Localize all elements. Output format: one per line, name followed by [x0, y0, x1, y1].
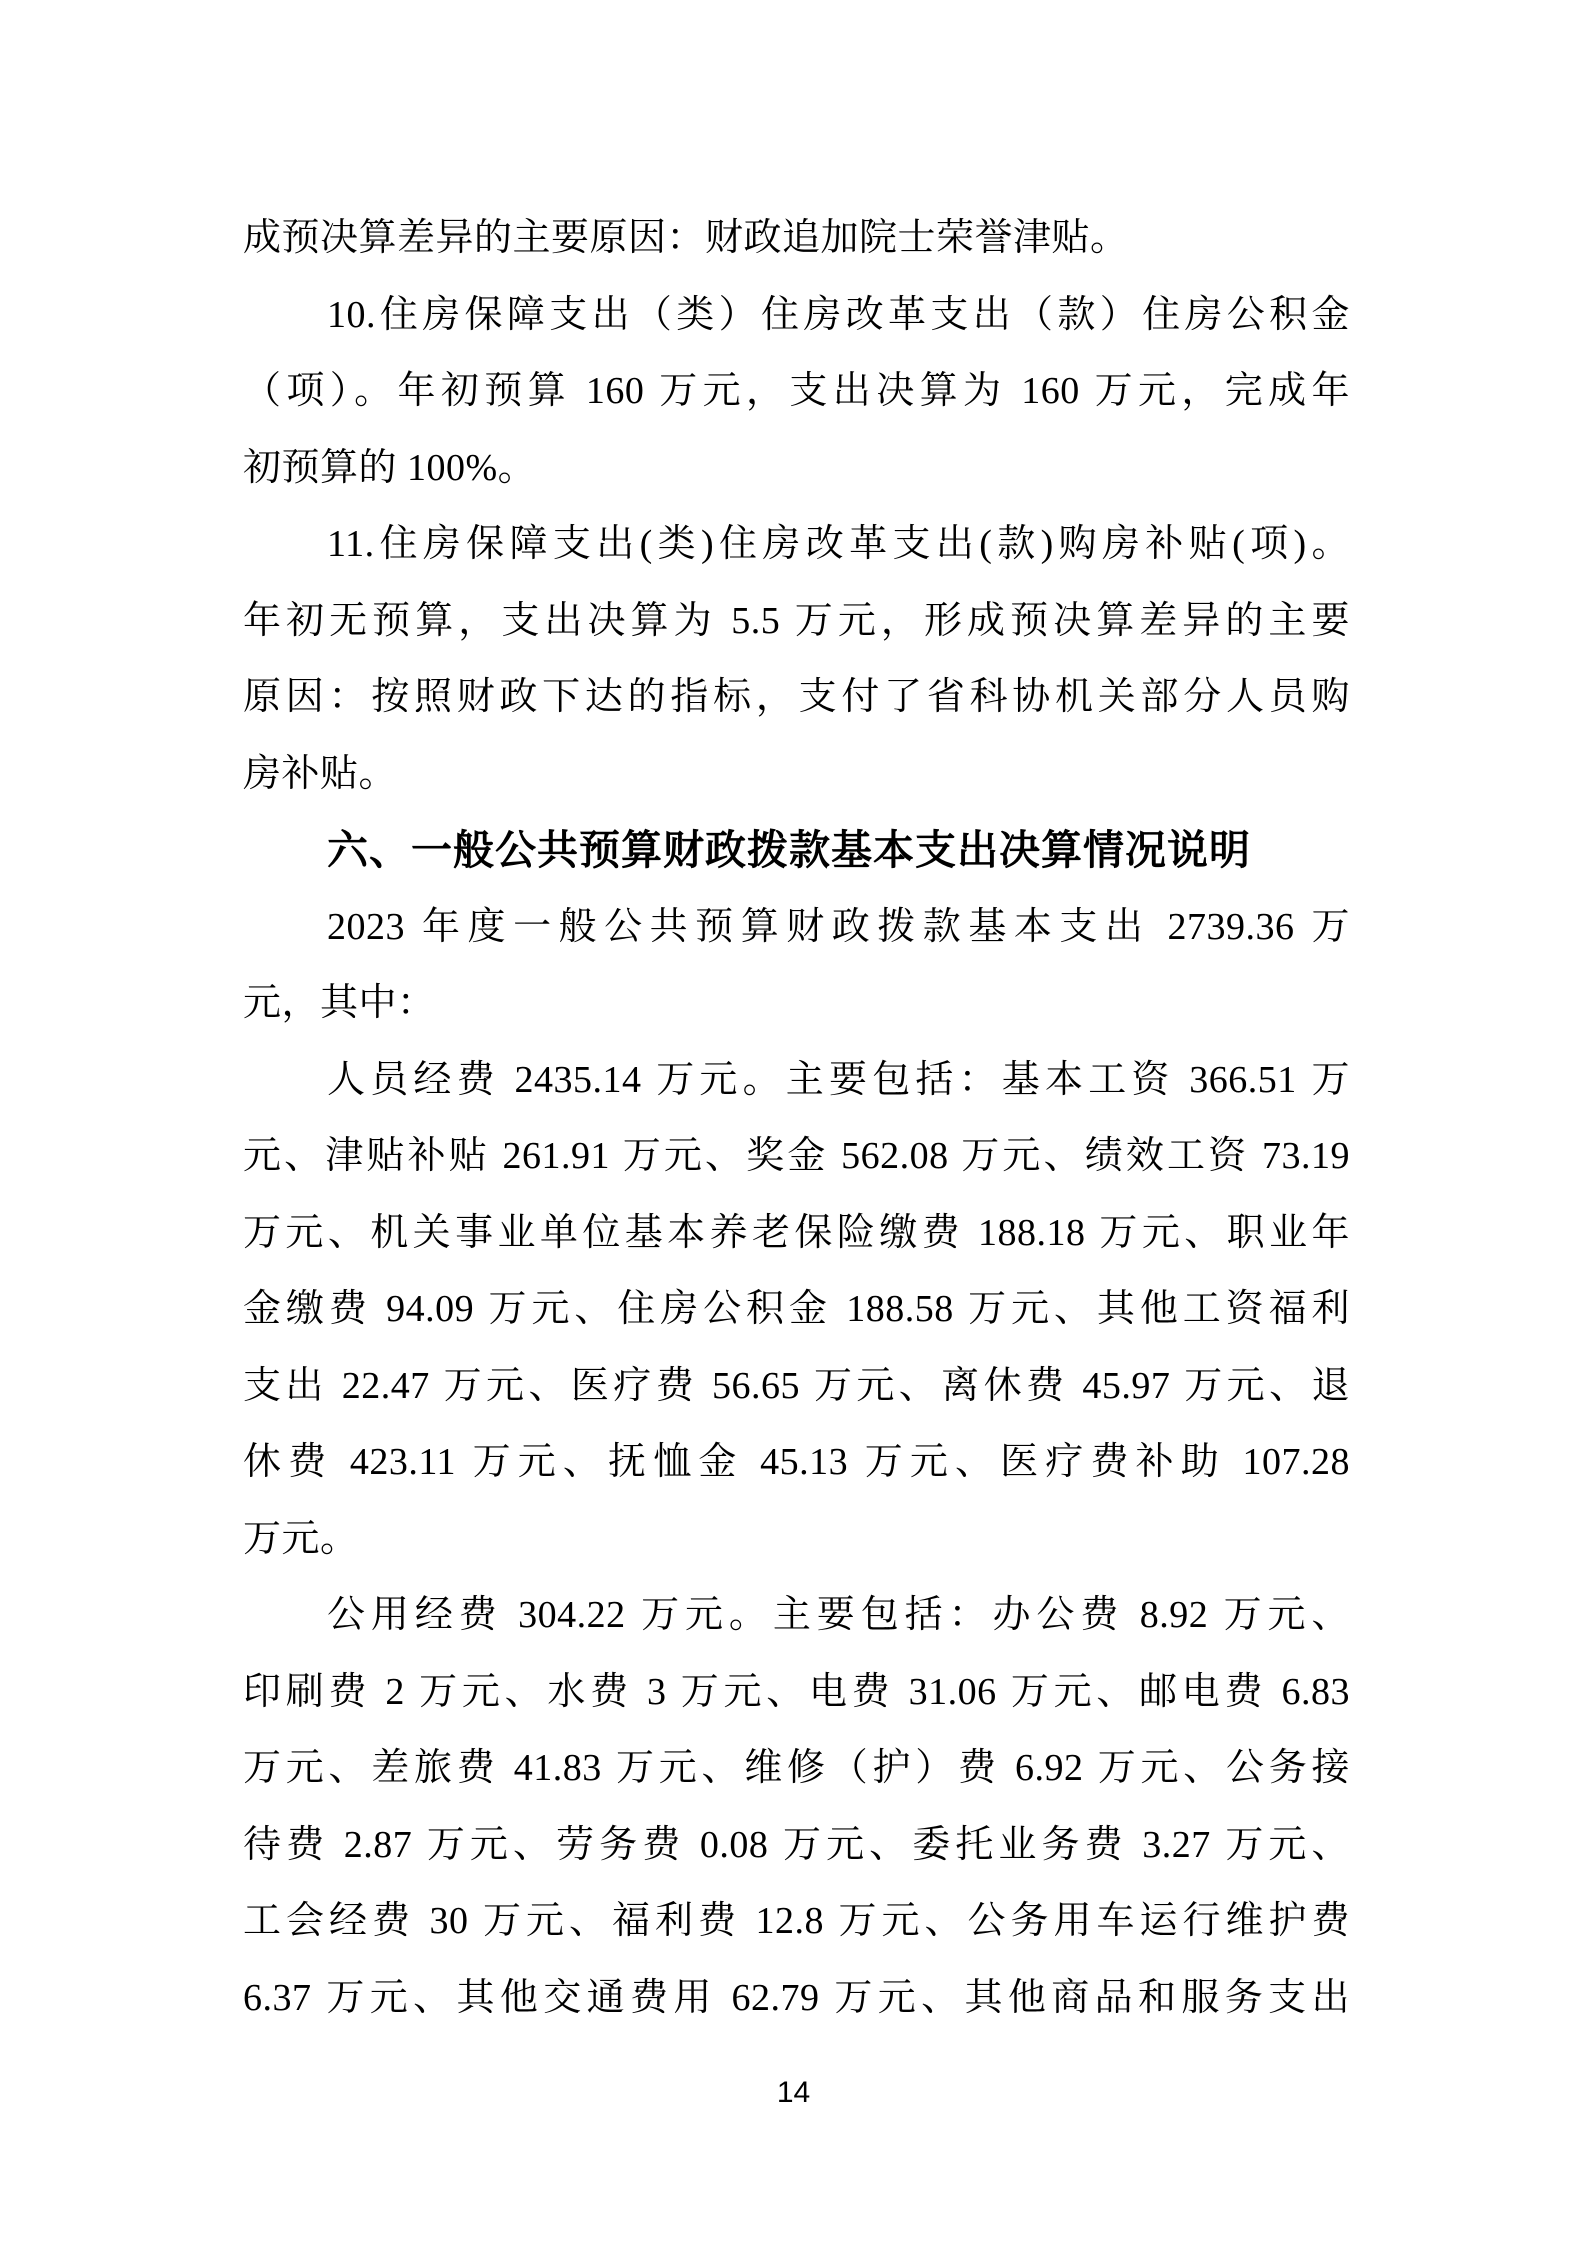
text-line: 元、津贴补贴 261.91 万元、奖金 562.08 万元、绩效工资 73.19	[243, 1118, 1350, 1195]
text-line: 成预决算差异的主要原因：财政追加院士荣誉津贴。	[243, 200, 1350, 277]
document-page: 成预决算差异的主要原因：财政追加院士荣誉津贴。10.住房保障支出（类）住房改革支…	[0, 0, 1587, 2245]
text-line: 年初无预算，支出决算为 5.5 万元，形成预决算差异的主要	[243, 583, 1350, 660]
text-line: 原因：按照财政下达的指标，支付了省科协机关部分人员购	[243, 659, 1350, 736]
text-line: 待费 2.87 万元、劳务费 0.08 万元、委托业务费 3.27 万元、	[243, 1807, 1350, 1884]
text-line: 11.住房保障支出(类)住房改革支出(款)购房补贴(项)。	[243, 506, 1350, 583]
text-line: 万元、差旅费 41.83 万元、维修（护）费 6.92 万元、公务接	[243, 1730, 1350, 1807]
text-line: 元，其中：	[243, 965, 1350, 1042]
section-heading: 六、一般公共预算财政拨款基本支出决算情况说明	[243, 812, 1350, 889]
text-line: 10.住房保障支出（类）住房改革支出（款）住房公积金	[243, 277, 1350, 354]
text-line: 支出 22.47 万元、医疗费 56.65 万元、离休费 45.97 万元、退	[243, 1348, 1350, 1425]
text-line: 房补贴。	[243, 736, 1350, 813]
text-line: 2023 年度一般公共预算财政拨款基本支出 2739.36 万	[243, 889, 1350, 966]
page-number: 14	[777, 2076, 810, 2109]
text-line: 万元。	[243, 1501, 1350, 1578]
text-line: 休费 423.11 万元、抚恤金 45.13 万元、医疗费补助 107.28	[243, 1424, 1350, 1501]
text-line: 初预算的 100%。	[243, 430, 1350, 507]
text-line: 万元、机关事业单位基本养老保险缴费 188.18 万元、职业年	[243, 1195, 1350, 1272]
text-line: 印刷费 2 万元、水费 3 万元、电费 31.06 万元、邮电费 6.83	[243, 1654, 1350, 1731]
text-line: （项）。年初预算 160 万元，支出决算为 160 万元，完成年	[243, 353, 1350, 430]
text-line: 人员经费 2435.14 万元。主要包括：基本工资 366.51 万	[243, 1042, 1350, 1119]
text-line: 工会经费 30 万元、福利费 12.8 万元、公务用车运行维护费	[243, 1883, 1350, 1960]
text-line: 金缴费 94.09 万元、住房公积金 188.58 万元、其他工资福利	[243, 1271, 1350, 1348]
page-footer: 14	[0, 2076, 1587, 2110]
text-block: 成预决算差异的主要原因：财政追加院士荣誉津贴。10.住房保障支出（类）住房改革支…	[243, 200, 1350, 2036]
text-line: 公用经费 304.22 万元。主要包括：办公费 8.92 万元、	[243, 1577, 1350, 1654]
text-line: 6.37 万元、其他交通费用 62.79 万元、其他商品和服务支出	[243, 1960, 1350, 2037]
